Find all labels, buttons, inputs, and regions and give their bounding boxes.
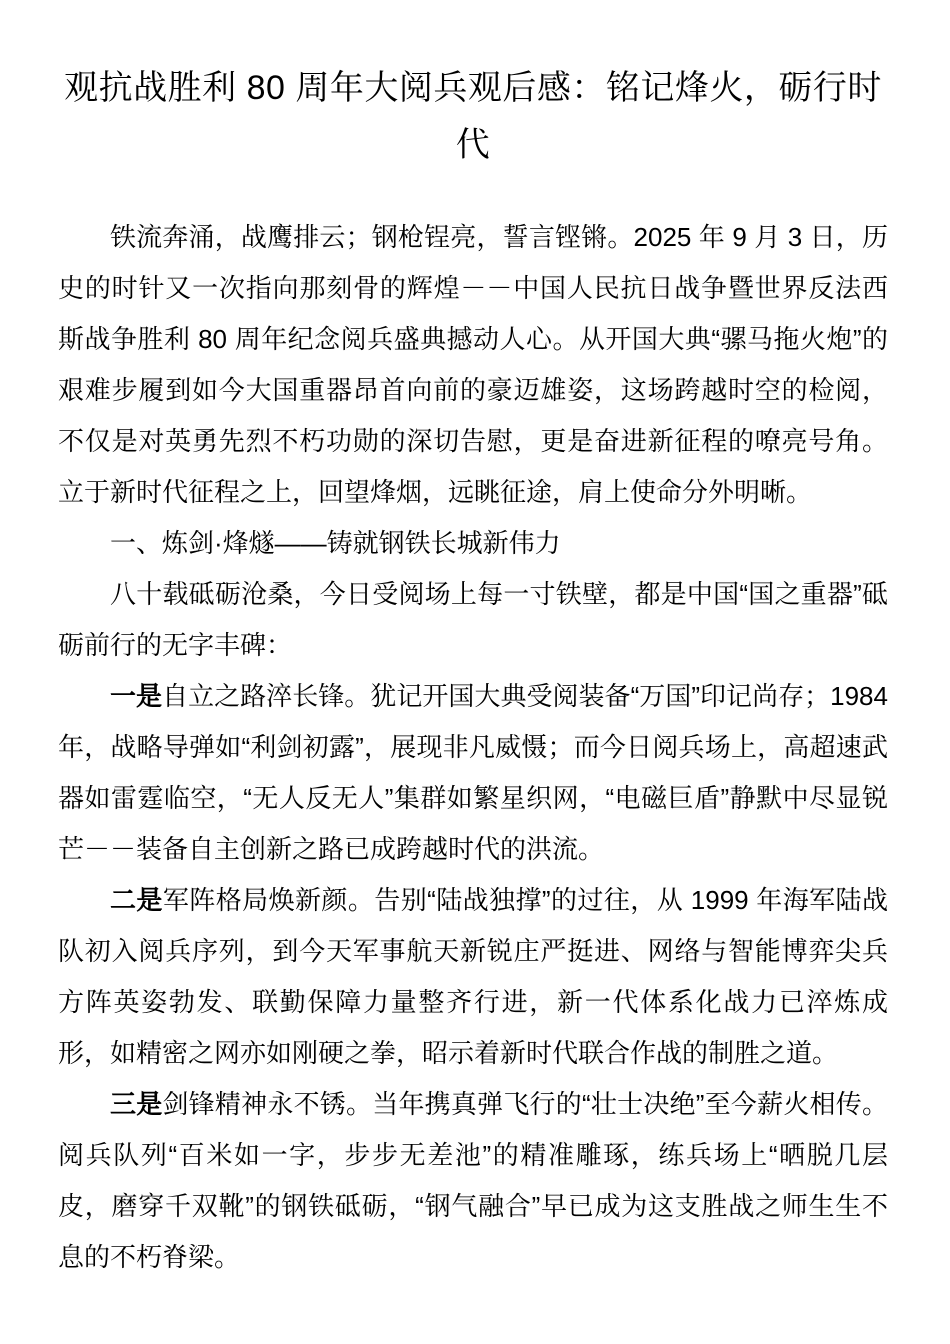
document-page: 观抗战胜利 80 周年大阅兵观后感：铭记烽火，砺行时代 铁流奔涌，战鹰排云；钢枪…	[0, 0, 950, 1344]
section-heading-text: 一、炼剑·烽燧——铸就钢铁长城新伟力	[110, 528, 561, 558]
paragraph-text: 八十载砥砺沧桑，今日受阅场上每一寸铁壁，都是中国“国之重器”砥砺前行的无字丰碑：	[58, 579, 888, 660]
paragraph-text: 军阵格局焕新颜。告别“陆战独撑”的过往，从 1999 年海军陆战队初入阅兵序列，…	[58, 885, 888, 1068]
paragraph-bold-prefix: 三是	[110, 1089, 162, 1119]
paragraph-bold-prefix: 一是	[110, 681, 162, 711]
paragraph-text: 剑锋精神永不锈。当年携真弹飞行的“壮士决绝”至今薪火相传。阅兵队列“百米如一字，…	[58, 1089, 888, 1272]
paragraph-lead-in: 八十载砥砺沧桑，今日受阅场上每一寸铁壁，都是中国“国之重器”砥砺前行的无字丰碑：	[58, 569, 888, 671]
paragraph-text: 铁流奔涌，战鹰排云；钢枪锃亮，誓言铿锵。2025 年 9 月 3 日，历史的时针…	[58, 222, 888, 507]
paragraph-point-three: 三是剑锋精神永不锈。当年携真弹飞行的“壮士决绝”至今薪火相传。阅兵队列“百米如一…	[58, 1079, 888, 1283]
paragraph-point-two: 二是军阵格局焕新颜。告别“陆战独撑”的过往，从 1999 年海军陆战队初入阅兵序…	[58, 875, 888, 1079]
paragraph-text: 自立之路淬长锋。犹记开国大典受阅装备“万国”印记尚存；1984 年，战略导弹如“…	[58, 681, 888, 864]
paragraph-bold-prefix: 二是	[110, 885, 163, 915]
section-heading: 一、炼剑·烽燧——铸就钢铁长城新伟力	[58, 518, 888, 569]
paragraph-intro: 铁流奔涌，战鹰排云；钢枪锃亮，誓言铿锵。2025 年 9 月 3 日，历史的时针…	[58, 212, 888, 518]
paragraph-point-one: 一是自立之路淬长锋。犹记开国大典受阅装备“万国”印记尚存；1984 年，战略导弹…	[58, 671, 888, 875]
document-title: 观抗战胜利 80 周年大阅兵观后感：铭记烽火，砺行时代	[58, 0, 888, 174]
